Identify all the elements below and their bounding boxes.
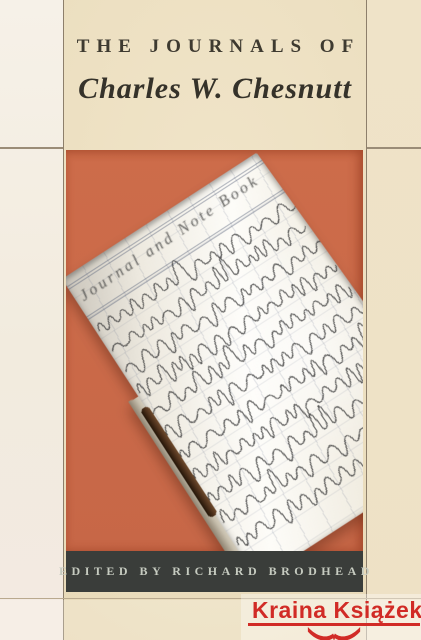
journal-page: Journal and Note Book [66, 153, 363, 551]
front-cover: THE JOURNALS OF Charles W. Chesnutt Jour… [63, 0, 367, 640]
panel-edge-line-right [367, 147, 421, 149]
bookstore-watermark: Kraina Książek [252, 597, 416, 640]
handwriting-scribbles [66, 153, 363, 551]
scan-margin-right [367, 0, 421, 640]
journal-photo: Journal and Note Book [66, 153, 363, 551]
book-cover-scan: THE JOURNALS OF Charles W. Chesnutt Jour… [0, 0, 421, 640]
book-supertitle: THE JOURNALS OF [64, 36, 366, 58]
scan-margin-left [0, 0, 63, 640]
editor-credit-band: EDITED BY RICHARD BRODHEAD [66, 551, 363, 592]
cover-photo-panel: Journal and Note Book [66, 150, 363, 551]
panel-edge-line-left [0, 147, 63, 149]
open-book-icon [306, 627, 362, 640]
watermark-underline [248, 623, 420, 626]
bookstore-name: Kraina Książek [252, 597, 416, 623]
book-title: Charles W. Chesnutt [64, 72, 366, 106]
editor-credit: EDITED BY RICHARD BRODHEAD [55, 564, 374, 579]
